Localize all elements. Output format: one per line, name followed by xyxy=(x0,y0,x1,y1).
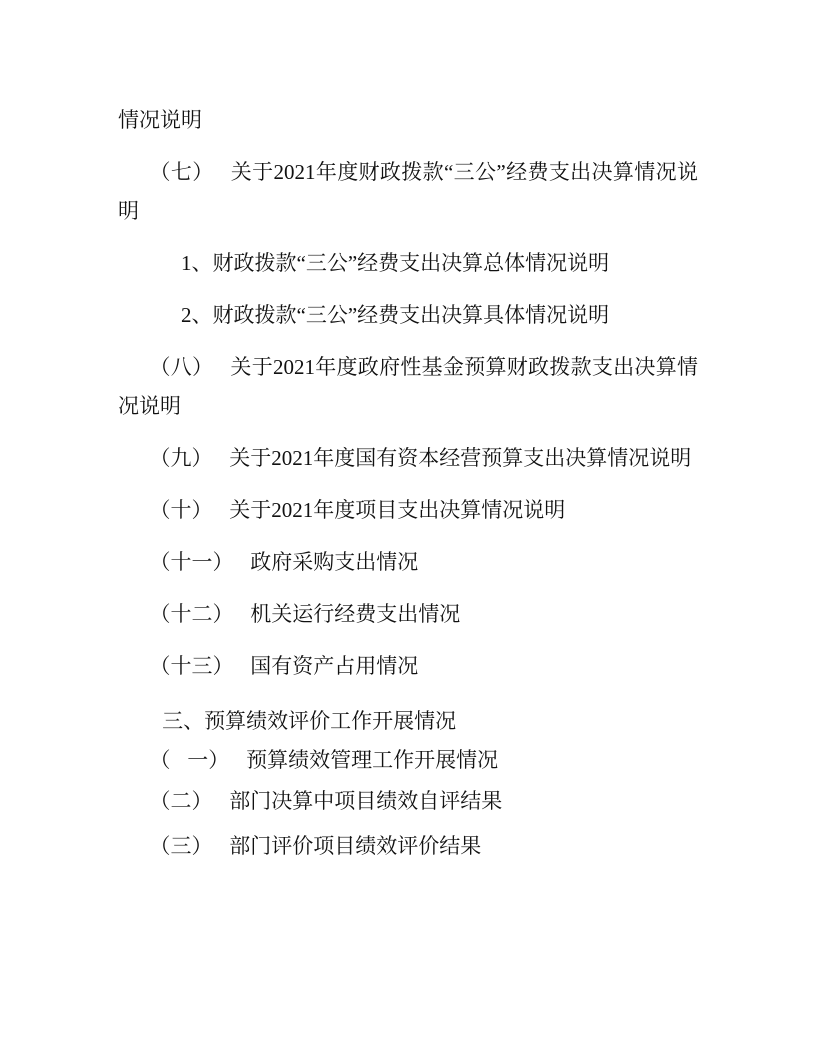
para-subitem-1: 1、财政拨款“三公”经费支出决算总体情况说明 xyxy=(118,244,698,283)
para-item-10: （十） 关于2021年度项目支出决算情况说明 xyxy=(118,491,698,530)
para-item-3-3: （三） 部门评价项目绩效评价结果 xyxy=(118,827,698,866)
para-item-13: （十三） 国有资产占用情况 xyxy=(118,647,698,686)
para-item-3-1: （ 一） 预算绩效管理工作开展情况 xyxy=(118,741,698,780)
para-item-9: （九） 关于2021年度国有资本经营预算支出决算情况说明 xyxy=(118,439,698,478)
para-subitem-2: 2、财政拨款“三公”经费支出决算具体情况说明 xyxy=(118,296,698,335)
para-item-3-2: （二） 部门决算中项目绩效自评结果 xyxy=(118,782,698,821)
para-item-7: （七） 关于2021年度财政拨款“三公”经费支出决算情况说明 xyxy=(118,153,698,231)
para-continuation-qingkuangshuoming: 情况说明 xyxy=(118,101,698,140)
document-page: 情况说明 （七） 关于2021年度财政拨款“三公”经费支出决算情况说明 1、财政… xyxy=(0,0,816,1056)
para-section-3: 三、预算绩效评价工作开展情况 xyxy=(118,702,698,741)
para-item-8: （八） 关于2021年度政府性基金预算财政拨款支出决算情况说明 xyxy=(118,348,698,426)
para-item-12: （十二） 机关运行经费支出情况 xyxy=(118,595,698,634)
para-item-11: （十一） 政府采购支出情况 xyxy=(118,543,698,582)
